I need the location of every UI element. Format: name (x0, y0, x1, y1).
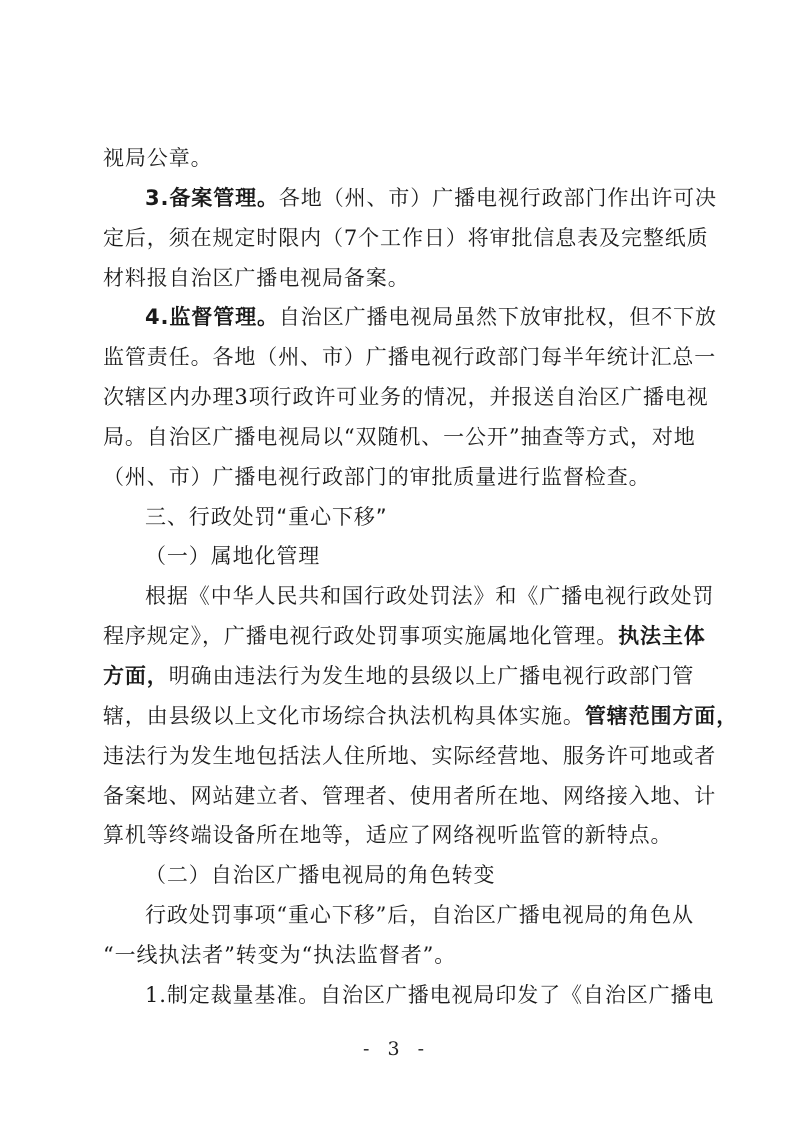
subsection-heading: （二）自治区广播电视局的角色转变 (103, 856, 693, 896)
paragraph-text: 各地（州、市）广播电视行政部门作出许可决 (279, 186, 717, 210)
paragraph-line: 4.监督管理。自治区广播电视局虽然下放审批权，但不下放 (103, 298, 693, 338)
paragraph-line: “一线执法者”转变为“执法监督者”。 (103, 936, 693, 976)
paragraph-text: 明确由违法行为发生地的县级以上广播电视行政部门管 (169, 664, 695, 688)
paragraph-text: 行政处罚事项“重心下移”后，自治区广播电视局的角色从 (145, 903, 694, 927)
paragraph-text: 定后，须在规定时限内（7个工作日）将审批信息表及完整纸质 (103, 226, 709, 250)
paragraph-text: 次辖区内办理3项行政许可业务的情况，并报送自治区广播电视 (103, 385, 709, 409)
emphasis-text: 方面， (103, 664, 169, 688)
paragraph-text: “一线执法者”转变为“执法监督者”。 (103, 943, 456, 967)
section-heading: 三、行政处罚“重心下移” (103, 498, 693, 538)
paragraph-text: （州、市）广播电视行政部门的审批质量进行监督检查。 (103, 465, 651, 489)
paragraph-line: 备案地、网站建立者、管理者、使用者所在地、网络接入地、计 (103, 777, 693, 817)
paragraph-line: 视局公章。 (103, 139, 693, 179)
section-heading-text: 三、行政处罚“重心下移” (145, 505, 388, 529)
subsection-heading: （一）属地化管理 (103, 537, 693, 577)
paragraph-line: 局。自治区广播电视局以“双随机、一公开”抽查等方式，对地 (103, 418, 693, 458)
paragraph-text: 局。自治区广播电视局以“双随机、一公开”抽查等方式，对地 (103, 425, 696, 449)
paragraph-line: 次辖区内办理3项行政许可业务的情况，并报送自治区广播电视 (103, 378, 693, 418)
page-number: - 3 - (0, 1038, 793, 1060)
paragraph-text: 自治区广播电视局虽然下放审批权，但不下放 (279, 305, 717, 329)
paragraph-line: 材料报自治区广播电视局备案。 (103, 259, 693, 299)
subsection-heading-text: （一）属地化管理 (145, 544, 320, 568)
paragraph-text: 视局公章。 (103, 146, 213, 170)
paragraph-line: 违法行为发生地包括法人住所地、实际经营地、服务许可地或者 (103, 737, 693, 777)
paragraph-line: 定后，须在规定时限内（7个工作日）将审批信息表及完整纸质 (103, 219, 693, 259)
paragraph-line: 算机等终端设备所在地等，适应了网络视听监管的新特点。 (103, 816, 693, 856)
paragraph-text: 备案地、网站建立者、管理者、使用者所在地、网络接入地、计 (103, 784, 716, 808)
document-body: 视局公章。 3.备案管理。各地（州、市）广播电视行政部门作出许可决 定后，须在规… (103, 139, 693, 1016)
paragraph-line: 方面，明确由违法行为发生地的县级以上广播电视行政部门管 (103, 657, 693, 697)
paragraph-text: 监管责任。各地（州、市）广播电视行政部门每半年统计汇总一 (103, 345, 716, 369)
item-label-filing: 3.备案管理。 (145, 186, 279, 210)
subsection-heading-text: （二）自治区广播电视局的角色转变 (145, 863, 495, 887)
paragraph-line: 监管责任。各地（州、市）广播电视行政部门每半年统计汇总一 (103, 338, 693, 378)
paragraph-line: （州、市）广播电视行政部门的审批质量进行监督检查。 (103, 458, 693, 498)
paragraph-text: 违法行为发生地包括法人住所地、实际经营地、服务许可地或者 (103, 744, 716, 768)
paragraph-text: 根据《中华人民共和国行政处罚法》和《广播电视行政处罚 (145, 584, 714, 608)
paragraph-line: 行政处罚事项“重心下移”后，自治区广播电视局的角色从 (103, 896, 693, 936)
emphasis-text: 执法主体 (618, 624, 706, 648)
paragraph-line: 程序规定》，广播电视行政处罚事项实施属地化管理。执法主体 (103, 617, 693, 657)
paragraph-text: 辖，由县级以上文化市场综合执法机构具体实施。 (103, 704, 585, 728)
emphasis-text: 管辖范围方面， (585, 704, 738, 728)
paragraph-text: 算机等终端设备所在地等，适应了网络视听监管的新特点。 (103, 823, 672, 847)
paragraph-text: 程序规定》，广播电视行政处罚事项实施属地化管理。 (103, 624, 618, 648)
paragraph-line: 辖，由县级以上文化市场综合执法机构具体实施。管辖范围方面， (103, 697, 693, 737)
paragraph-text: 材料报自治区广播电视局备案。 (103, 266, 410, 290)
paragraph-text: 1.制定裁量基准。自治区广播电视局印发了《自治区广播电 (145, 983, 714, 1007)
paragraph-line: 根据《中华人民共和国行政处罚法》和《广播电视行政处罚 (103, 577, 693, 617)
document-page: 视局公章。 3.备案管理。各地（州、市）广播电视行政部门作出许可决 定后，须在规… (0, 0, 793, 1122)
item-label-supervision: 4.监督管理。 (145, 305, 279, 329)
paragraph-line: 3.备案管理。各地（州、市）广播电视行政部门作出许可决 (103, 179, 693, 219)
paragraph-line: 1.制定裁量基准。自治区广播电视局印发了《自治区广播电 (103, 976, 693, 1016)
